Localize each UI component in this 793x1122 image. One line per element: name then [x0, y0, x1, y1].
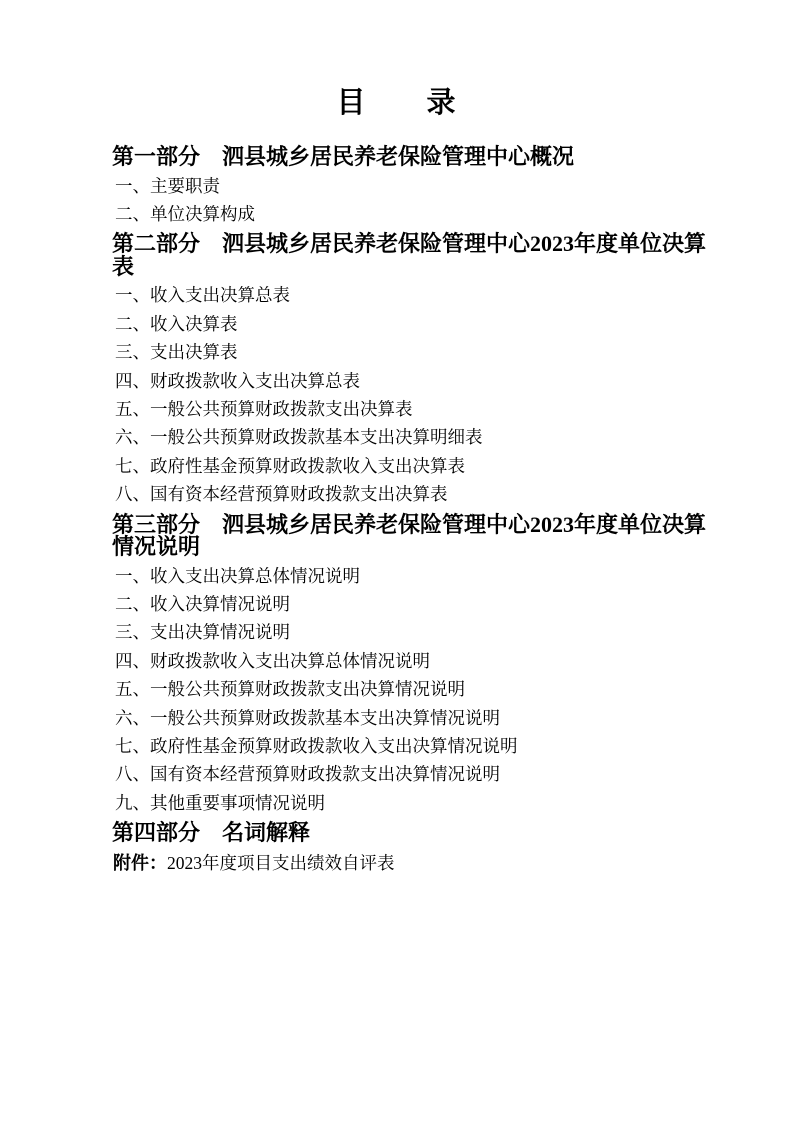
- toc-body: 第一部分 泗县城乡居民养老保险管理中心概况一、主要职责二、单位决算构成第二部分 …: [112, 141, 712, 848]
- toc-item: 六、一般公共预算财政拨款基本支出决算明细表: [112, 423, 712, 451]
- toc-section-heading-3: 第三部分 泗县城乡居民养老保险管理中心2023年度单位决算情况说明: [112, 509, 712, 562]
- toc-item: 二、收入决算表: [112, 310, 712, 338]
- page-title: 目 录: [0, 0, 793, 120]
- toc-item: 四、财政拨款收入支出决算总体情况说明: [112, 647, 712, 675]
- table-of-contents: 第一部分 泗县城乡居民养老保险管理中心概况一、主要职责二、单位决算构成第二部分 …: [112, 141, 712, 877]
- toc-item: 五、一般公共预算财政拨款支出决算表: [112, 395, 712, 423]
- toc-item: 八、国有资本经营预算财政拨款支出决算表: [112, 480, 712, 508]
- toc-item: 一、收入支出决算总体情况说明: [112, 562, 712, 590]
- attachment-line: 附件：2023年度项目支出绩效自评表: [112, 849, 712, 877]
- toc-item: 七、政府性基金预算财政拨款收入支出决算情况说明: [112, 732, 712, 760]
- toc-item: 一、主要职责: [112, 172, 712, 200]
- toc-section-heading-1: 第一部分 泗县城乡居民养老保险管理中心概况: [112, 141, 712, 172]
- toc-item: 一、收入支出决算总表: [112, 281, 712, 309]
- attachment-label: 附件：: [113, 853, 167, 873]
- toc-section-heading-2: 第二部分 泗县城乡居民养老保险管理中心2023年度单位决算表: [112, 228, 712, 281]
- toc-section-heading-4: 第四部分 名词解释: [112, 817, 712, 848]
- toc-item: 五、一般公共预算财政拨款支出决算情况说明: [112, 675, 712, 703]
- toc-item: 三、支出决算表: [112, 338, 712, 366]
- toc-item: 三、支出决算情况说明: [112, 618, 712, 646]
- document-page: 目 录 第一部分 泗县城乡居民养老保险管理中心概况一、主要职责二、单位决算构成第…: [0, 0, 793, 1122]
- attachment-text: 2023年度项目支出绩效自评表: [167, 853, 395, 873]
- toc-item: 八、国有资本经营预算财政拨款支出决算情况说明: [112, 760, 712, 788]
- toc-item: 六、一般公共预算财政拨款基本支出决算情况说明: [112, 704, 712, 732]
- toc-item: 九、其他重要事项情况说明: [112, 789, 712, 817]
- toc-item: 二、单位决算构成: [112, 200, 712, 228]
- toc-item: 四、财政拨款收入支出决算总表: [112, 367, 712, 395]
- toc-item: 二、收入决算情况说明: [112, 590, 712, 618]
- toc-item: 七、政府性基金预算财政拨款收入支出决算表: [112, 452, 712, 480]
